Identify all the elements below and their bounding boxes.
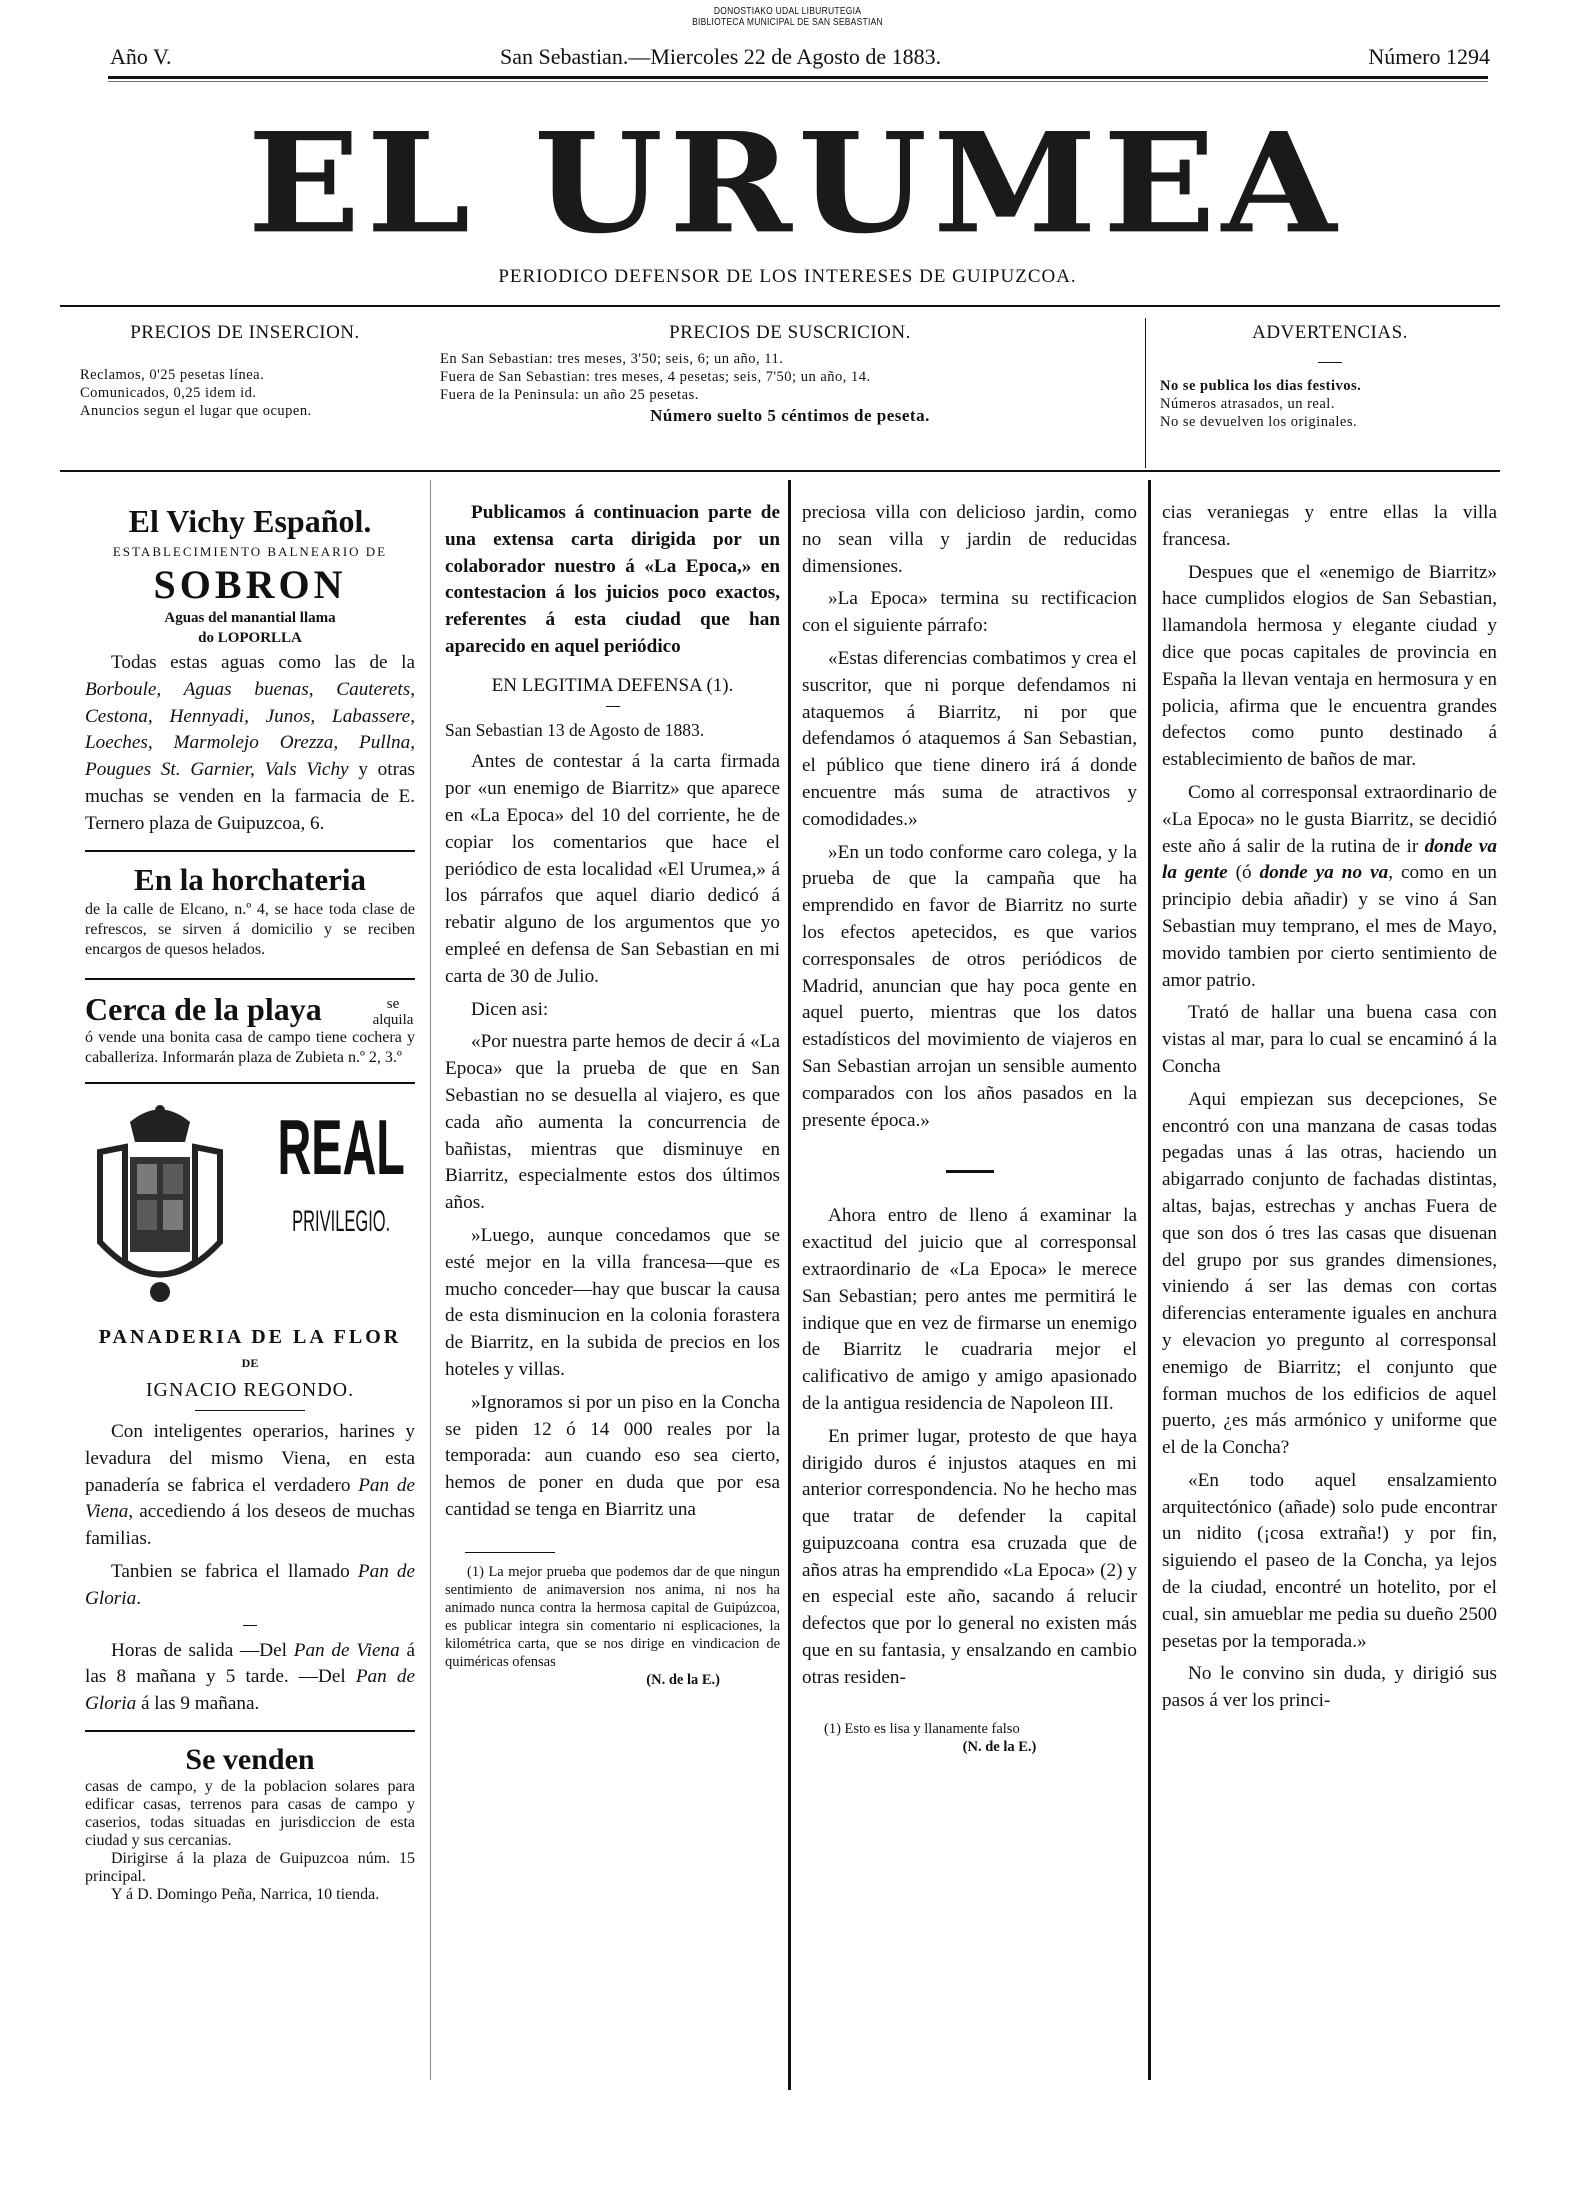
single-copy-price: Número suelto 5 céntimos de peseta.: [440, 406, 1140, 426]
ad-separator: [85, 978, 415, 980]
ad-se-venden-title: Se venden: [85, 1742, 415, 1778]
ad-panaderia-name: PANADERIA DE LA FLOR: [85, 1324, 415, 1351]
masthead-title: EL URUMEA: [230, 113, 1360, 253]
column-ads: El Vichy Español. ESTABLECIMIENTO BALNEA…: [85, 500, 415, 1904]
ad-separator: [85, 1730, 415, 1732]
article-paragraph: En primer lugar, protesto de que haya di…: [802, 1424, 1137, 1692]
article-paragraph: Antes de contestar á la carta firmada po…: [445, 749, 780, 990]
column-article-3: cias veraniegas y entre ellas la villa f…: [1162, 500, 1497, 1721]
article-paragraph: cias veraniegas y entre ellas la villa f…: [1162, 500, 1497, 554]
advertencias-title: ADVERTENCIAS.: [1160, 322, 1500, 344]
dateline: San Sebastian.—Miercoles 22 de Agosto de…: [500, 44, 941, 70]
ad-panaderia-p2: Tanbien se fabrica el llamado Pan de Glo…: [85, 1559, 415, 1613]
ad-horchateria-body: de la calle de Elcano, n.º 4, se hace to…: [85, 900, 415, 960]
coat-of-arms-icon: [85, 1102, 235, 1312]
footnote: (1) Esto es lisa y llanamente falso (N. …: [802, 1720, 1137, 1756]
ad-panaderia-owner: IGNACIO REGONDO.: [85, 1377, 415, 1404]
article-paragraph: »En un todo conforme caro colega, y la p…: [802, 840, 1137, 1135]
suscricion-line: En San Sebastian: tres meses, 3'50; seis…: [440, 350, 1140, 368]
footnote-text: (1) La mejor prueba que podemos dar de q…: [445, 1563, 780, 1671]
ad-privilegio: PRIVILEGIO.: [283, 1192, 400, 1252]
ad-vichy-subtitle: ESTABLECIMIENTO BALNEARIO DE: [85, 542, 415, 562]
ad-playa-aside: se alquila: [371, 996, 415, 1028]
column-divider-3: [1148, 480, 1151, 2080]
ad-se-venden-body: casas de campo, y de la poblacion solare…: [85, 1778, 415, 1850]
article-paragraph: «Estas diferencias combatimos y crea el …: [802, 646, 1137, 834]
ad-se-venden-contact: Y á D. Domingo Peña, Narrica, 10 tienda.: [85, 1886, 415, 1904]
advertencias-line: Números atrasados, un real.: [1160, 395, 1500, 413]
year-label: Año V.: [110, 44, 172, 70]
library-stamp: DONOSTIAKO UDAL LIBURUTEGIA BIBLIOTECA M…: [118, 6, 1457, 28]
advertencias-line: No se publica los dias festivos.: [1160, 377, 1500, 395]
advertencias-dash: [1318, 362, 1342, 363]
article-paragraph: Como al corresponsal extraordinario de «…: [1162, 780, 1497, 994]
header-rule: [60, 305, 1500, 307]
insercion-line: Anuncios segun el lugar que ocupen.: [80, 402, 410, 420]
column-divider-2: [788, 480, 791, 2090]
library-stamp-basque: DONOSTIAKO UDAL LIBURUTEGIA: [118, 6, 1457, 17]
article-paragraph: No le convino sin duda, y dirigió sus pa…: [1162, 1661, 1497, 1715]
footnote-rule: [465, 1552, 555, 1553]
headline-dash: [606, 706, 620, 707]
suscricion-title: PRECIOS DE SUSCRICION.: [440, 322, 1140, 344]
ad-separator: [85, 1082, 415, 1084]
ad-vichy-source-2: do LOPORLLA: [85, 628, 415, 648]
article-paragraph: «Por nuestra parte hemos de decir á «La …: [445, 1029, 780, 1217]
suscricion-line: Fuera de San Sebastian: tres meses, 4 pe…: [440, 368, 1140, 386]
article-paragraph: Trató de hallar una buena casa con vista…: [1162, 1000, 1497, 1080]
ad-vichy-source: Aguas del manantial llama: [85, 608, 415, 628]
ad-se-venden: Se venden casas de campo, y de la poblac…: [85, 1742, 415, 1904]
ad-vichy-place: SOBRON: [85, 562, 415, 608]
top-rule-thin: [108, 81, 1488, 82]
article-paragraph: Despues que el «enemigo de Biarritz» hac…: [1162, 560, 1497, 774]
ad-vichy-title: El Vichy Español.: [85, 500, 415, 542]
ad-separator: [85, 850, 415, 852]
advertencias-line: No se devuelven los originales.: [1160, 413, 1500, 431]
article-headline: EN LEGITIMA DEFENSA (1).: [445, 673, 780, 700]
ad-horchateria: En la horchateria de la calle de Elcano,…: [85, 860, 415, 960]
insercion-title: PRECIOS DE INSERCION.: [80, 322, 410, 344]
ad-playa: Cerca de la playa se alquila ó vende una…: [85, 990, 415, 1068]
footnote-text: (1) Esto es lisa y llanamente falso: [802, 1720, 1137, 1738]
ad-panaderia: REAL PRIVILEGIO. PANADERIA DE LA FLOR DE…: [85, 1102, 415, 1718]
column-article-2: preciosa villa con delicioso jardin, com…: [802, 500, 1137, 1756]
advertencias-box: ADVERTENCIAS. No se publica los dias fes…: [1160, 322, 1500, 431]
section-dash: [946, 1170, 994, 1173]
article-paragraph: »La Epoca» termina su rectificacion con …: [802, 586, 1137, 640]
article-paragraph: Dicen asi:: [445, 997, 780, 1024]
suscricion-box: PRECIOS DE SUSCRICION. En San Sebastian:…: [440, 322, 1140, 426]
article-paragraph: »Ignoramos si por un piso en la Concha s…: [445, 1390, 780, 1524]
article-intro: Publicamos á continuacion parte de una e…: [445, 500, 780, 661]
article-paragraph: preciosa villa con delicioso jardin, com…: [802, 500, 1137, 580]
suscricion-line: Fuera de la Peninsula: un año 25 pesetas…: [440, 386, 1140, 404]
masthead-tagline: PERIODICO DEFENSOR DE LOS INTERESES DE G…: [0, 266, 1575, 288]
top-rule: [108, 76, 1488, 79]
ad-horchateria-title: En la horchateria: [85, 860, 415, 900]
article-paragraph: »Luego, aunque concedamos que se esté me…: [445, 1223, 780, 1384]
ad-vichy: El Vichy Español. ESTABLECIMIENTO BALNEA…: [85, 500, 415, 838]
insercion-line: Reclamos, 0'25 pesetas línea.: [80, 366, 410, 384]
ad-dash: [195, 1410, 305, 1411]
issue-info-line: Año V. San Sebastian.—Miercoles 22 de Ag…: [110, 44, 1490, 72]
ad-dash: [243, 1625, 257, 1626]
issue-number: Número 1294: [1368, 44, 1490, 70]
ad-panaderia-p1: Con inteligentes operarios, harines y le…: [85, 1419, 415, 1553]
column-divider-1: [430, 480, 431, 2080]
ad-vichy-body: Todas estas aguas como las de la Borboul…: [85, 650, 415, 838]
footnote-signature: (N. de la E.): [445, 1671, 780, 1689]
article-paragraph: Aqui empiezan sus decepciones, Se encont…: [1162, 1087, 1497, 1462]
insercion-box: PRECIOS DE INSERCION. Reclamos, 0'25 pes…: [80, 322, 410, 420]
ad-playa-title: Cerca de la playa: [85, 990, 322, 1028]
article-paragraph: «En todo aquel ensalzamiento arquitectón…: [1162, 1468, 1497, 1656]
header-divider: [1145, 318, 1146, 468]
ad-panaderia-hours: Horas de salida —Del Pan de Viena á las …: [85, 1638, 415, 1718]
ad-playa-body: ó vende una bonita casa de campo tiene c…: [85, 1028, 415, 1068]
ad-se-venden-address: Dirigirse á la plaza de Guipuzcoa núm. 1…: [85, 1850, 415, 1886]
footnote-signature: (N. de la E.): [802, 1738, 1137, 1756]
footnote: (1) La mejor prueba que podemos dar de q…: [445, 1563, 780, 1689]
library-stamp-spanish: BIBLIOTECA MUNICIPAL DE SAN SEBASTIAN: [118, 17, 1457, 28]
article-dateline: San Sebastian 13 de Agosto de 1883.: [445, 717, 780, 744]
header-bottom-rule: [60, 470, 1500, 472]
column-article-1: Publicamos á continuacion parte de una e…: [445, 500, 780, 1689]
insercion-line: Comunicados, 0,25 idem id.: [80, 384, 410, 402]
article-paragraph: Ahora entro de lleno á examinar la exact…: [802, 1203, 1137, 1417]
ad-panaderia-de: DE: [85, 1350, 415, 1377]
ad-real: REAL: [277, 1102, 404, 1192]
